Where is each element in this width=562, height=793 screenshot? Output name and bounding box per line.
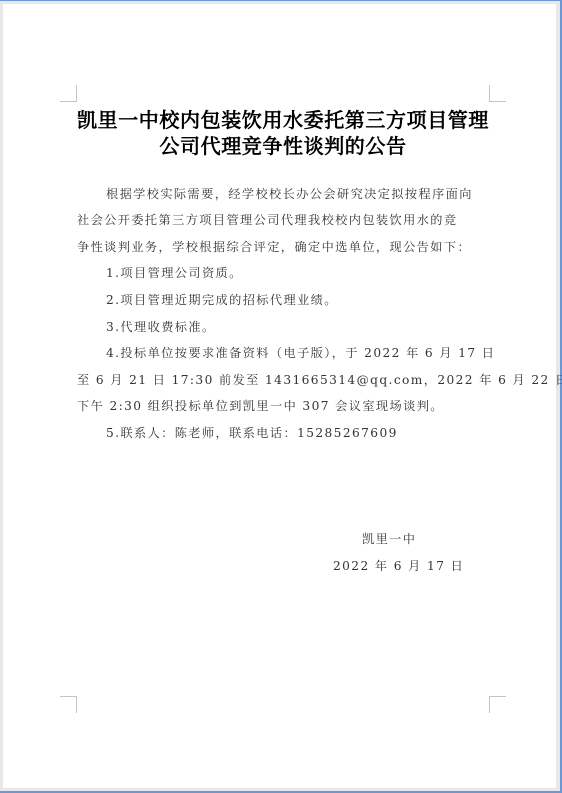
list-item-3: 3.代理收费标准。: [106, 318, 526, 335]
body-paragraph-line: 根据学校实际需要，经学校校长办公会研究决定拟按程序面向: [106, 185, 526, 202]
crop-mark-bottom-right: [489, 696, 506, 713]
list-item-4-continued: 至 6 月 21 日 17:30 前发至 1431665314@qq.com，2…: [77, 371, 497, 388]
crop-mark-top-right: [489, 85, 506, 102]
list-item-4-continued: 下午 2:30 组织投标单位到凯里一中 307 会议室现场谈判。: [77, 397, 497, 414]
list-item-4: 4.投标单位按要求准备资料（电子版），于 2022 年 6 月 17 日: [106, 344, 526, 361]
crop-mark-top-left: [60, 85, 77, 102]
crop-mark-bottom-left: [60, 696, 77, 713]
list-item-2: 2.项目管理近期完成的招标代理业绩。: [106, 291, 526, 308]
list-item-5-contact: 5.联系人：陈老师，联系电话：15285267609: [106, 424, 526, 441]
document-title-line-2: 公司代理竞争性谈判的公告: [60, 130, 506, 159]
body-paragraph-line: 争性谈判业务，学校根据综合评定，确定中选单位，现公告如下：: [77, 238, 497, 255]
body-paragraph-line: 社会公开委托第三方项目管理公司代理我校校内包装饮用水的竞: [77, 211, 497, 228]
signature-organization: 凯里一中: [362, 530, 416, 547]
document-title-line-1: 凯里一中校内包装饮用水委托第三方项目管理: [60, 104, 506, 133]
signature-date: 2022 年 6 月 17 日: [333, 557, 464, 574]
list-item-1: 1.项目管理公司资质。: [106, 264, 526, 281]
